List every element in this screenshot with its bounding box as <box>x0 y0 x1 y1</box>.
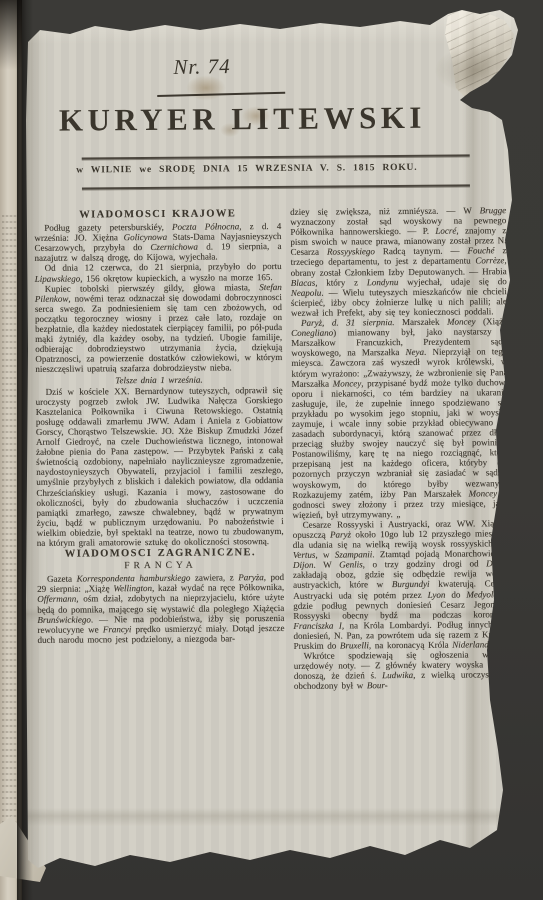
section-heading: WIADOMOSCI KRAJOWE <box>34 209 281 221</box>
dateline-subheading: Telsze dnia 1 września. <box>35 373 282 385</box>
article-columns: WIADOMOSCI KRAJOWEPodług gazety petersbu… <box>34 205 510 693</box>
article-paragraph: Cesarze Rossyyski i Austryacki, oraz WW.… <box>293 518 510 651</box>
adjacent-page-text-fragments <box>2 215 17 835</box>
section-heading: WIADOMOSCI ZAGRANICZNE. <box>37 548 284 560</box>
country-subheading: FRANCYA <box>37 560 284 572</box>
article-paragraph: Paryż, d. 31 sierpnia. Marszałek Moncey … <box>291 316 509 520</box>
page-content: Nr. 74 KURYER LITEWSKI w WILNIE we SRODĘ… <box>21 8 522 886</box>
dateline: w WILNIE we SRODĘ DNIA 15 WRZESNIA V. S.… <box>0 162 494 176</box>
article-paragraph: Kupiec tobolski pierwszéy gildy, głowa m… <box>35 282 283 375</box>
column-right: dziey się zwiększa, niż zmniéysza. — W B… <box>290 205 510 691</box>
newspaper-page: Nr. 74 KURYER LITEWSKI w WILNIE we SRODĘ… <box>24 10 518 884</box>
issue-number: Nr. 74 <box>0 50 449 84</box>
newspaper-title: KURYER LITEWSKI <box>0 99 490 139</box>
article-paragraph: Od dnia 12 czerwca, do 21 sierpnia, przy… <box>35 261 282 283</box>
dateline-rule-bottom <box>82 184 470 190</box>
article-paragraph: Dziś w kościele XX. Bernardynow tuteyszy… <box>36 385 284 548</box>
issue-number-rule <box>157 92 285 97</box>
article-paragraph: dziey się zwiększa, niż zmniéysza. — W B… <box>290 205 507 318</box>
dateline-rule-top <box>82 154 470 160</box>
article-paragraph: Wkrótce spodziewają się ogłoszenia ważné… <box>294 649 510 691</box>
article-paragraph: Podług gazety petersburskiéy, Poczta Pół… <box>34 221 281 263</box>
column-left: WIADOMOSCI KRAJOWEPodług gazety petersbu… <box>34 207 285 693</box>
scanned-newspaper-view: Nr. 74 KURYER LITEWSKI w WILNIE we SRODĘ… <box>0 0 543 900</box>
article-paragraph: Gazeta Korrespondenta hamburskiego zawie… <box>37 572 285 645</box>
